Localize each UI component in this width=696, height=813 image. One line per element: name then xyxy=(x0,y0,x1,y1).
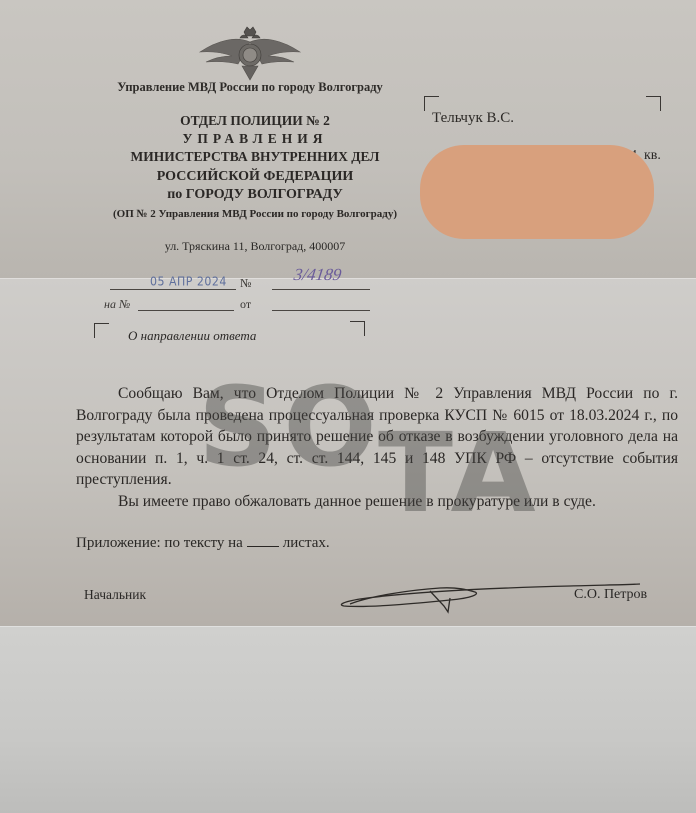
reply-number-underline xyxy=(138,310,234,311)
paper-below-fold xyxy=(0,626,696,813)
attachment-prefix: Приложение: по тексту на xyxy=(76,535,243,551)
attachment-suffix: листах. xyxy=(283,535,330,551)
date-stamp: 05 АПР 2024 xyxy=(150,274,227,289)
letter-body: Сообщаю Вам, что Отделом Полиции № 2 Упр… xyxy=(76,383,678,513)
recipient-name: Тельчук В.С. xyxy=(432,110,514,127)
department-line: по ГОРОДУ ВОЛГОГРАДУ xyxy=(90,186,420,204)
number-label: № xyxy=(240,276,251,291)
department-line: РОССИЙСКОЙ ФЕДЕРАЦИИ xyxy=(90,168,420,186)
fold-line xyxy=(0,626,696,627)
date-underline xyxy=(110,289,236,290)
page-count-blank xyxy=(247,534,279,547)
department-short-name: (ОП № 2 Управления МВД России по городу … xyxy=(90,205,420,223)
subject-corner-mark xyxy=(94,323,109,338)
department-letterhead: ОТДЕЛ ПОЛИЦИИ № 2 УПРАВЛЕНИЯ МИНИСТЕРСТВ… xyxy=(90,112,420,223)
body-paragraph: Вы имеете право обжаловать данное решени… xyxy=(76,491,678,513)
from-label: от xyxy=(240,297,251,312)
recipient-corner-mark xyxy=(424,96,439,111)
reply-date-underline xyxy=(272,310,370,311)
department-address: ул. Тряскина 11, Волгоград, 400007 xyxy=(90,239,420,254)
org-name-header: Управление МВД России по городу Волгогра… xyxy=(0,80,500,95)
letter-subject: О направлении ответа xyxy=(128,328,256,344)
recipient-corner-mark xyxy=(646,96,661,111)
reply-to-label: на № xyxy=(104,297,130,312)
outgoing-number: 3/4189 xyxy=(293,265,343,285)
department-line: ОТДЕЛ ПОЛИЦИИ № 2 xyxy=(90,112,420,130)
department-line: МИНИСТЕРСТВА ВНУТРЕННИХ ДЕЛ xyxy=(90,148,420,166)
body-paragraph: Сообщаю Вам, что Отделом Полиции № 2 Упр… xyxy=(76,383,678,491)
eagle-emblem-icon xyxy=(192,22,308,84)
fold-line xyxy=(0,278,696,279)
address-redaction xyxy=(420,145,654,239)
number-underline xyxy=(272,289,370,290)
signer-title: Начальник xyxy=(84,587,146,603)
attachment-note: Приложение: по тексту налистах. xyxy=(76,534,330,552)
department-line: УПРАВЛЕНИЯ xyxy=(90,130,420,148)
signer-name: С.О. Петров xyxy=(574,587,647,603)
subject-corner-mark xyxy=(350,321,365,336)
